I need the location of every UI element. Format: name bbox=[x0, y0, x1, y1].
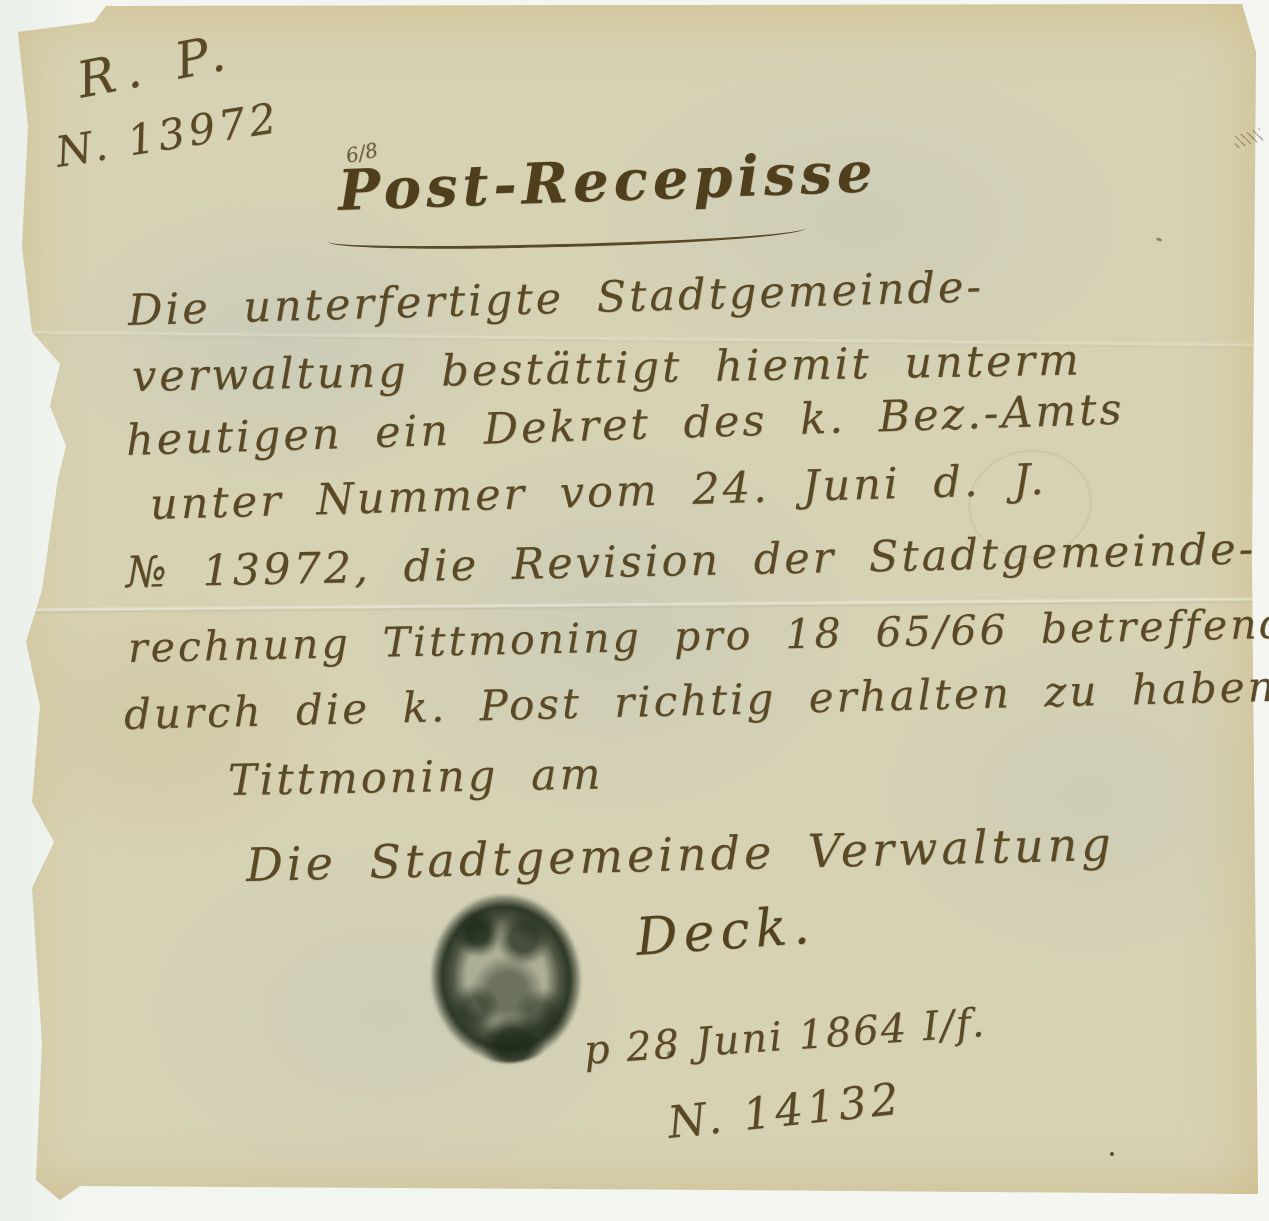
ink-speck bbox=[1110, 1152, 1114, 1156]
scan-background: R. P. N. 13972 6/8 Post-Recepisse Die un… bbox=[0, 0, 1269, 1221]
signature: Deck. bbox=[634, 896, 817, 968]
body-line-place-date: Tittmoning am bbox=[228, 749, 604, 806]
ink-speck bbox=[667, 1051, 674, 1057]
